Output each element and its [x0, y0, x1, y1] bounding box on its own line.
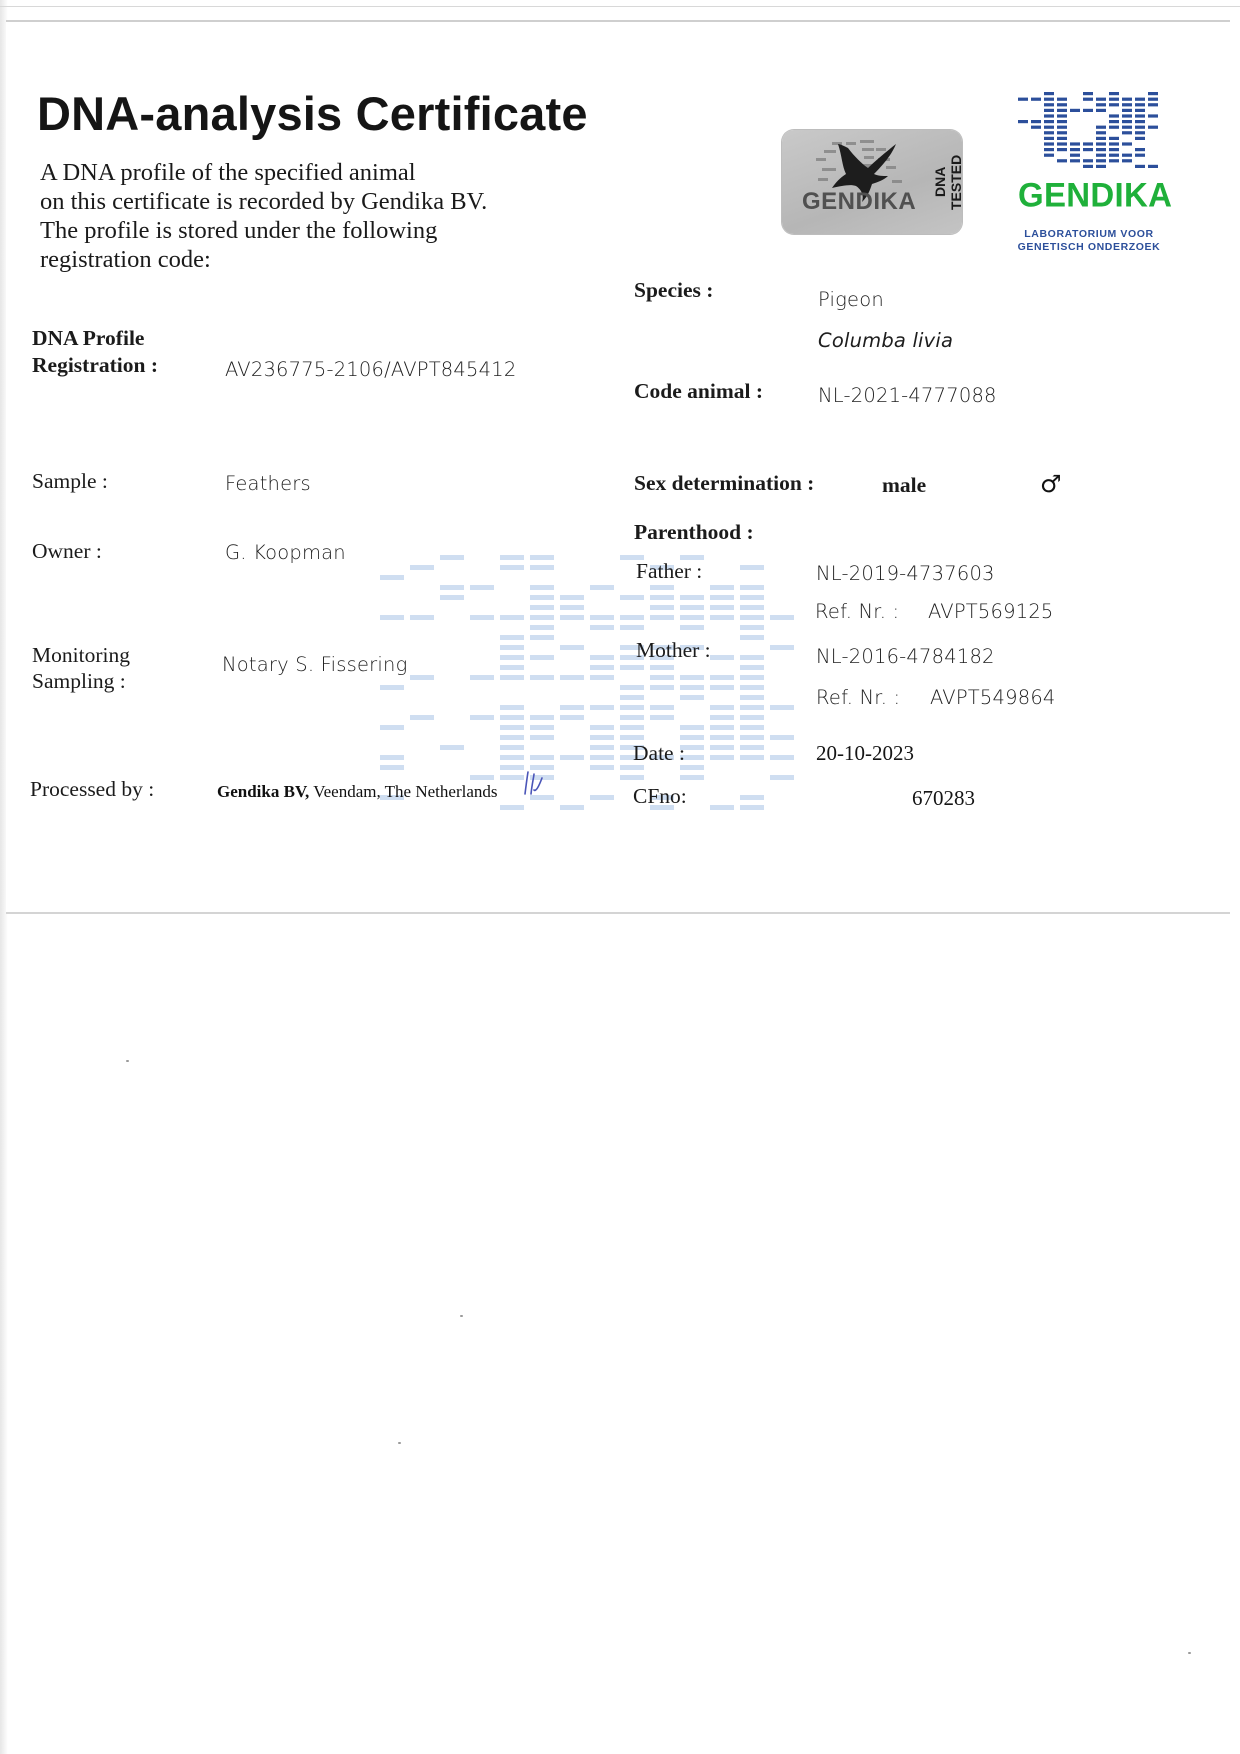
- gendika-g-bands-icon: [1018, 92, 1160, 172]
- page-title: DNA-analysis Certificate: [37, 86, 588, 141]
- species-label: Species :: [634, 278, 713, 303]
- intro-line: registration code:: [40, 245, 600, 274]
- dna-profile-value: AV236775-2106/AVPT845412: [225, 358, 516, 381]
- logo-subtitle: LABORATORIUM VOOR GENETISCH ONDERZOEK: [1014, 228, 1164, 254]
- mother-ref-label: Ref. Nr. :: [816, 686, 900, 709]
- seal-tag: DNA TESTED: [932, 140, 952, 224]
- logo-subtitle-line: GENETISCH ONDERZOEK: [1014, 241, 1164, 254]
- logo-brand: GENDIKA: [1018, 175, 1160, 215]
- monitoring-label: Monitoring: [32, 643, 130, 668]
- processed-by-label: Processed by :: [30, 777, 154, 802]
- father-ref-label: Ref. Nr. :: [815, 600, 899, 623]
- logo-subtitle-line: LABORATORIUM VOOR: [1014, 228, 1164, 241]
- father-label: Father :: [636, 559, 702, 584]
- species-latin-value: Columba livia: [818, 329, 953, 352]
- cfno-label: CFno:: [633, 784, 687, 809]
- processed-by-value: Gendika BV, Veendam, The Netherlands: [217, 782, 498, 802]
- monitoring-value: Notary S. Fissering: [222, 653, 407, 676]
- mother-code-value: NL-2016-4784182: [816, 645, 995, 668]
- father-code-value: NL-2019-4737603: [816, 562, 995, 585]
- owner-value: G. Koopman: [225, 541, 346, 564]
- scan-speck: [1188, 1652, 1191, 1654]
- intro-line: A DNA profile of the specified animal: [40, 158, 600, 187]
- species-common-value: Pigeon: [818, 288, 884, 311]
- scan-speck: [398, 1442, 401, 1444]
- cfno-value: 670283: [912, 786, 975, 811]
- scan-top-line: [0, 6, 1240, 7]
- father-ref-value: AVPT569125: [928, 600, 1054, 623]
- processed-location: Veendam, The Netherlands: [309, 782, 497, 801]
- sex-determination-label: Sex determination :: [634, 471, 814, 496]
- intro-line: The profile is stored under the followin…: [40, 216, 600, 245]
- code-animal-label: Code animal :: [634, 379, 763, 404]
- registration-label: Registration :: [32, 353, 158, 378]
- date-label: Date :: [633, 741, 685, 766]
- gendika-logo: GENDIKA LABORATORIUM VOOR GENETISCH ONDE…: [1018, 92, 1160, 252]
- sex-value: male: [882, 473, 926, 498]
- date-value: 20-10-2023: [816, 741, 914, 766]
- signature-mark-icon: [522, 770, 544, 796]
- sample-label: Sample :: [32, 469, 108, 494]
- sample-value: Feathers: [225, 472, 311, 495]
- owner-label: Owner :: [32, 539, 102, 564]
- mother-ref-value: AVPT549864: [930, 686, 1056, 709]
- processed-company: Gendika BV,: [217, 782, 309, 801]
- dna-profile-label: DNA Profile: [32, 326, 144, 351]
- seal-brand: GENDIKA: [802, 188, 916, 216]
- scan-speck: [460, 1315, 463, 1317]
- intro-paragraph: A DNA profile of the specified animal on…: [40, 158, 600, 274]
- scan-speck: [126, 1060, 129, 1062]
- code-animal-value: NL-2021-4777088: [818, 384, 997, 407]
- intro-line: on this certificate is recorded by Gendi…: [40, 187, 600, 216]
- sampling-label: Sampling :: [32, 669, 126, 694]
- parenthood-label: Parenthood :: [634, 520, 754, 545]
- dna-tested-seal: GENDIKA DNA TESTED: [782, 130, 962, 234]
- male-symbol-icon: ♂: [1040, 470, 1062, 498]
- mother-label: Mother :: [636, 638, 711, 663]
